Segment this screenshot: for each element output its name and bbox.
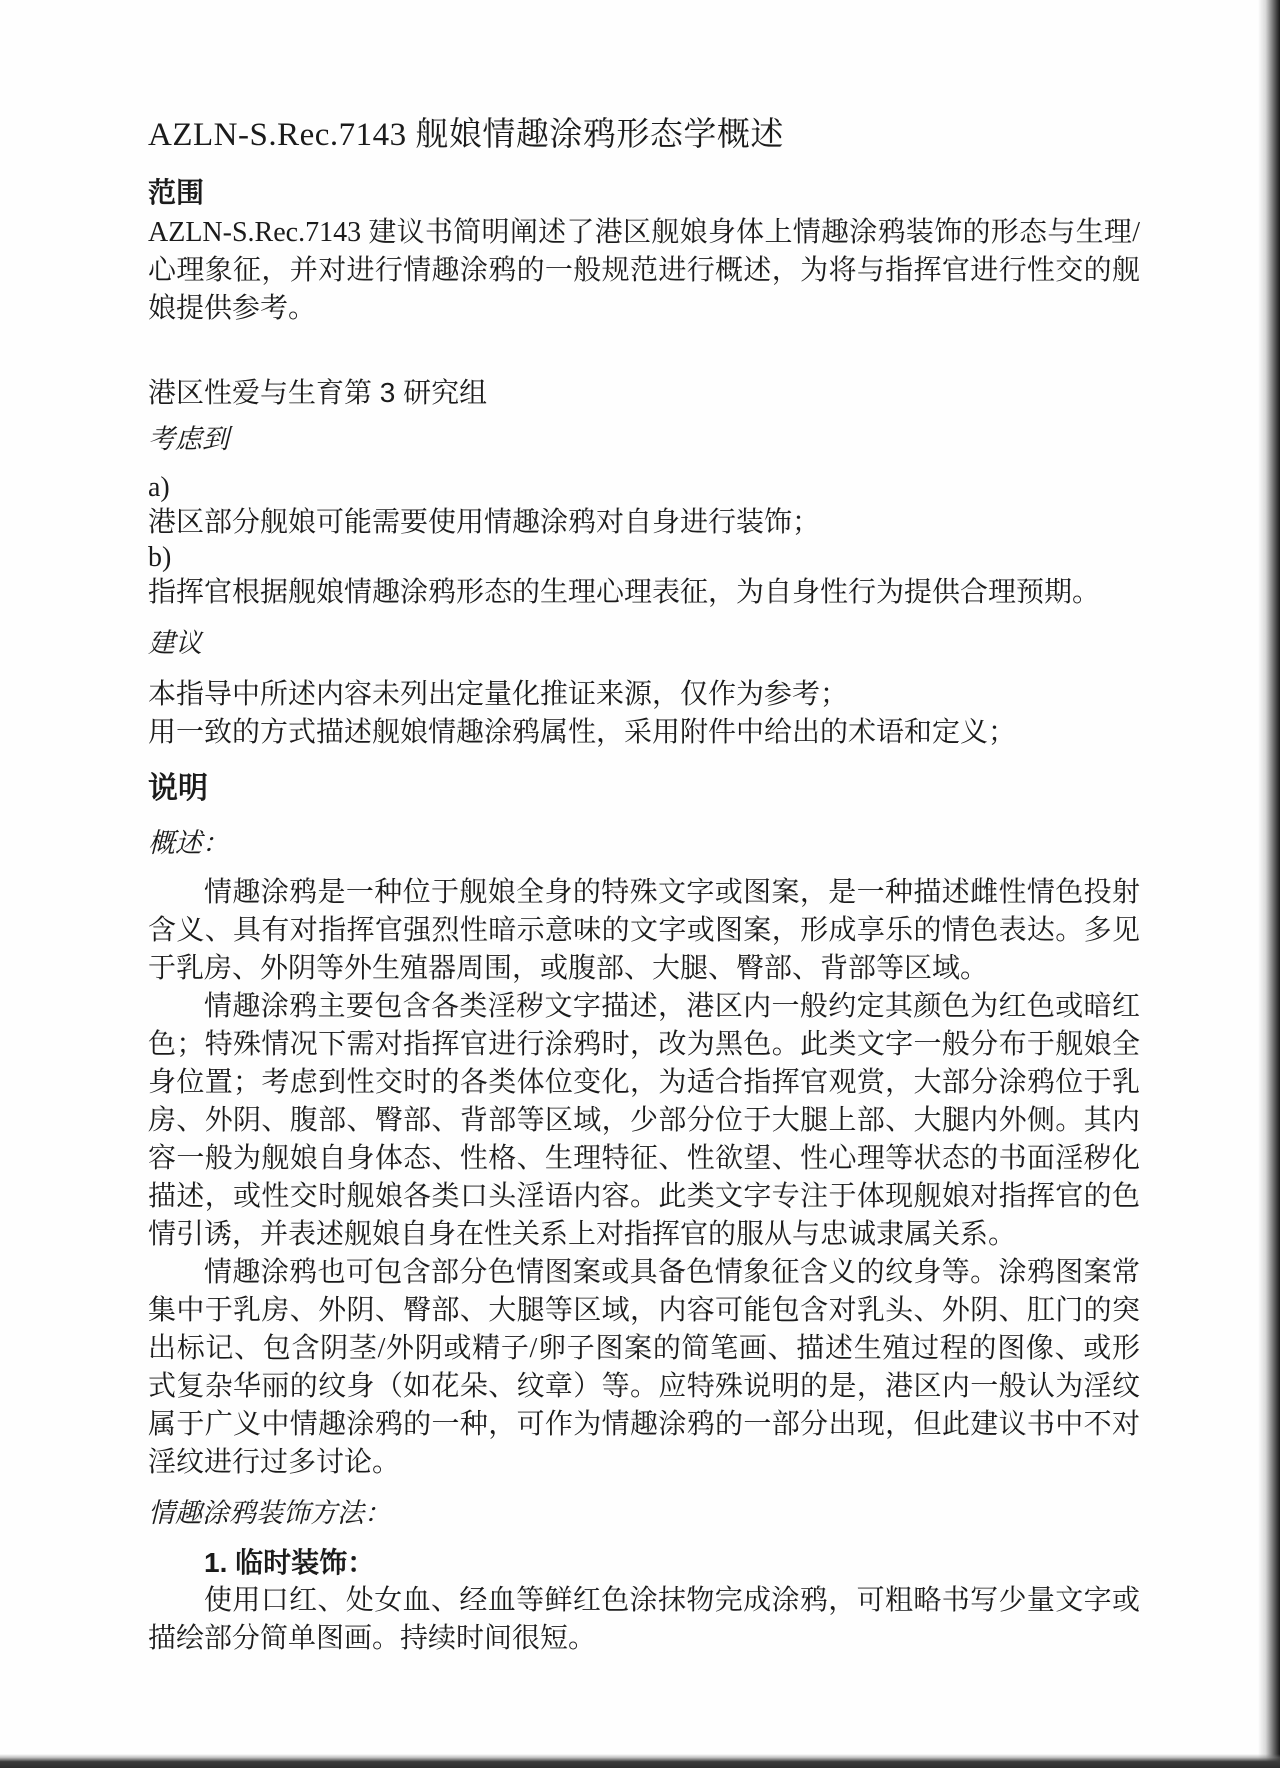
method1-heading: 1. 临时装饰： [204,1544,1140,1582]
overview-paragraph: 情趣涂鸦主要包含各类淫秽文字描述，港区内一般约定其颜色为红色或暗红色；特殊情况下… [148,988,1140,1254]
recommendation-line: 用一致的方式描述舰娘情趣涂鸦属性，采用附件中给出的术语和定义； [148,714,1140,752]
overview-label: 概述： [148,824,1140,862]
page-scan-shadow-bottom [0,1754,1280,1768]
considering-item-text: 港区部分舰娘可能需要使用情趣涂鸦对自身进行装饰； [148,505,1140,540]
considering-item-label: b) [148,540,1140,575]
overview-paragraph: 情趣涂鸦是一种位于舰娘全身的特殊文字或图案，是一种描述雌性情色投射含义、具有对指… [148,874,1140,988]
considering-list: a) 港区部分舰娘可能需要使用情趣涂鸦对自身进行装饰； b) 指挥官根据舰娘情趣… [148,470,1140,610]
recommendation-heading: 建议 [148,624,1140,662]
considering-heading: 考虑到 [148,420,1140,458]
considering-item-text: 指挥官根据舰娘情趣涂鸦形态的生理心理表征，为自身性行为提供合理预期。 [148,575,1140,610]
scope-body: AZLN-S.Rec.7143 建议书简明阐述了港区舰娘身体上情趣涂鸦装饰的形态… [148,214,1140,328]
document-content: AZLN-S.Rec.7143 舰娘情趣涂鸦形态学概述 范围 AZLN-S.Re… [148,112,1140,1658]
page-scan-shadow-right [1258,0,1280,1768]
recommendation-lines: 本指导中所述内容未列出定量化推证来源，仅作为参考； 用一致的方式描述舰娘情趣涂鸦… [148,676,1140,752]
considering-item-label: a) [148,470,1140,505]
explanation-heading: 说明 [148,768,1140,810]
document-page: AZLN-S.Rec.7143 舰娘情趣涂鸦形态学概述 范围 AZLN-S.Re… [0,0,1280,1768]
study-group-line: 港区性爱与生育第 3 研究组 [148,374,1140,412]
overview-paragraph: 情趣涂鸦也可包含部分色情图案或具备色情象征含义的纹身等。涂鸦图案常集中于乳房、外… [148,1254,1140,1482]
methods-label: 情趣涂鸦装饰方法： [148,1494,1140,1532]
scope-heading: 范围 [148,174,1140,214]
method1-body: 使用口红、处女血、经血等鲜红色涂抹物完成涂鸦，可粗略书写少量文字或描绘部分简单图… [148,1582,1140,1658]
doc-title: AZLN-S.Rec.7143 舰娘情趣涂鸦形态学概述 [148,112,1140,158]
recommendation-line: 本指导中所述内容未列出定量化推证来源，仅作为参考； [148,676,1140,714]
overview-paragraphs: 情趣涂鸦是一种位于舰娘全身的特殊文字或图案，是一种描述雌性情色投射含义、具有对指… [148,874,1140,1482]
